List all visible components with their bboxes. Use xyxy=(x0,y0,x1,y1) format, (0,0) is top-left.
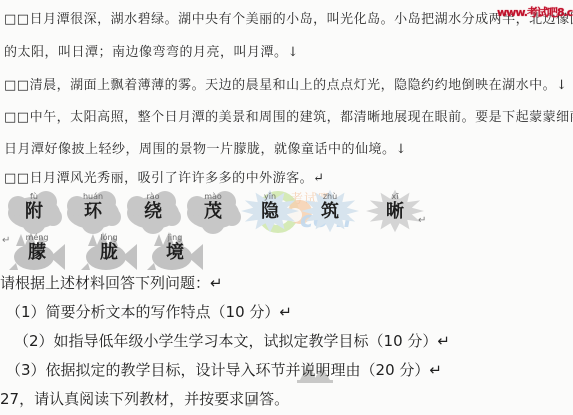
character-label: 境 xyxy=(146,242,204,264)
pinyin-label: huán xyxy=(64,193,122,201)
pinyin-label: yǐn xyxy=(241,193,299,201)
vocab-card: xī 晰 xyxy=(366,189,424,235)
question-item-2: （2）如指导低年级小学生学习本文，试拟定教学目标（10 分）↵ xyxy=(14,330,450,351)
question-item-27: 27，请认真阅读下列教材，并按要求回答。 xyxy=(0,388,289,409)
character-label: 隐 xyxy=(241,201,299,223)
passage-line: 的太阳，叫日潭；南边像弯弯的月亮，叫月潭。↓ xyxy=(4,41,299,60)
vocab-card: jìng 境 xyxy=(146,230,204,276)
question-item-3: （3）依据拟定的教学目标，设计导入环节并说明理由（20 分）↵ xyxy=(6,359,442,380)
questions-intro: 请根据上述材料回答下列问题：↵ xyxy=(0,272,223,293)
vocab-card: zhù 筑 xyxy=(301,189,359,235)
character-label: 胧 xyxy=(80,242,138,264)
pinyin-label: mào xyxy=(184,193,242,201)
scanned-exam-page: www.考试吧8.c □□日月潭很深，湖水碧绿。湖中央有个美丽的小岛，叫光化岛。… xyxy=(0,0,573,415)
character-label: 茂 xyxy=(184,201,242,223)
pinyin-label: fù xyxy=(5,193,63,201)
character-label: 绕 xyxy=(124,201,182,223)
vocab-card: yǐn 隐 xyxy=(241,189,299,235)
passage-line: □□中午，太阳高照，整个日月潭的美景和周围的建筑，都清晰地展现在眼前。要是下起蒙… xyxy=(4,106,573,125)
vocab-card: rào 绕 xyxy=(124,189,182,235)
pinyin-label: méng xyxy=(8,234,66,242)
pinyin-label: xī xyxy=(366,193,424,201)
vocab-card: mào 茂 xyxy=(184,189,242,235)
red-site-watermark: www.考试吧8.c xyxy=(497,4,572,20)
question-item-1: （1）简要分析文本的写作特点（10 分）↵ xyxy=(6,301,292,322)
passage-line: □□日月潭很深，湖水碧绿。湖中央有个美丽的小岛，叫光化岛。小岛把湖水分成两半，北… xyxy=(4,8,573,27)
character-label: 环 xyxy=(64,201,122,223)
passage-line: 日月潭好像披上轻纱，周围的景物一片朦胧，就像童话中的仙境。↓ xyxy=(4,138,407,157)
character-label: 附 xyxy=(5,201,63,223)
pinyin-label: jìng xyxy=(146,234,204,242)
passage-line: □□清晨，湖面上飘着薄薄的雾。天边的晨星和山上的点点灯光，隐隐约约地倒映在湖水中… xyxy=(4,74,567,93)
passage-line: □□日月潭风光秀丽，吸引了许许多多的中外游客。↵ xyxy=(4,167,324,186)
pinyin-label: lóng xyxy=(80,234,138,242)
vocab-card: huán 环 xyxy=(64,189,122,235)
return-mark: ↵ xyxy=(418,215,426,226)
character-label: 筑 xyxy=(301,201,359,223)
pinyin-label: rào xyxy=(124,193,182,201)
vocab-card: lóng 胧 xyxy=(80,230,138,276)
pinyin-label: zhù xyxy=(301,193,359,201)
character-label: 晰 xyxy=(366,201,424,223)
vocab-card: méng 朦 xyxy=(8,230,66,276)
character-label: 朦 xyxy=(8,242,66,264)
vocab-card: fù 附 xyxy=(5,189,63,235)
